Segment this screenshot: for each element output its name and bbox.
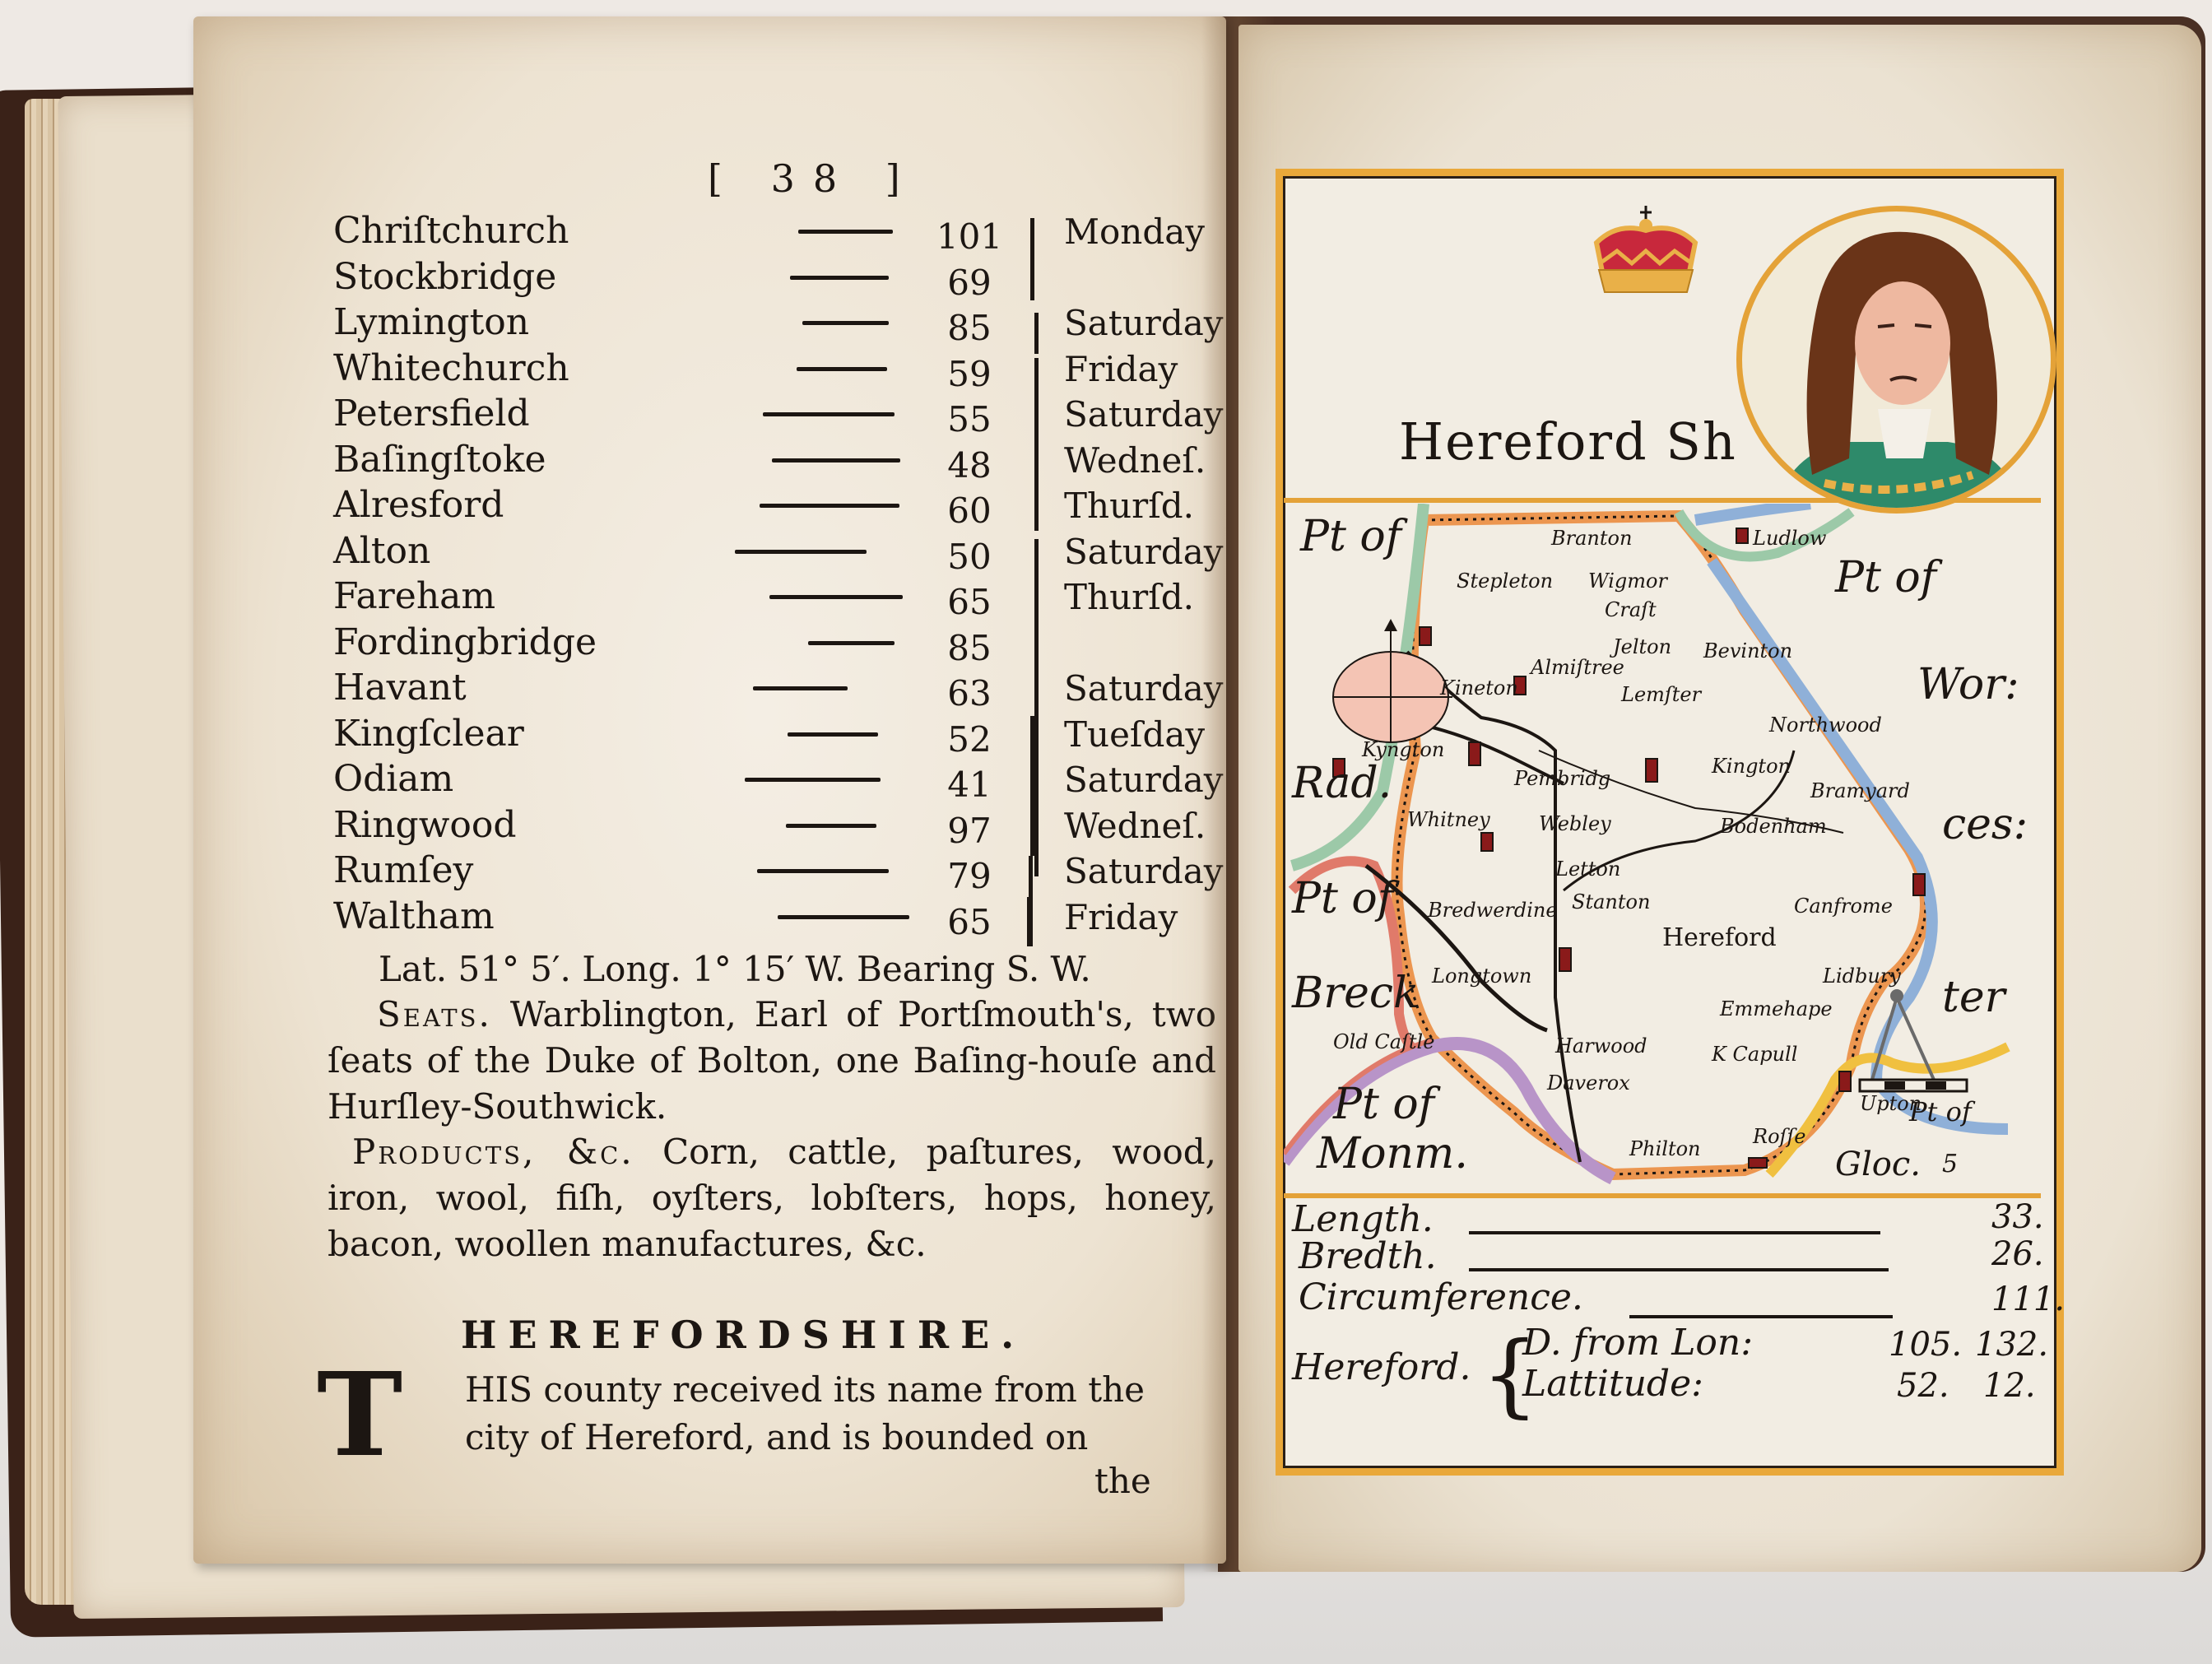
table-row: Baſingſtoke48Wedneſ. — [333, 439, 1247, 485]
table-row: Stockbridge69 — [333, 256, 1247, 302]
town-distance: 55 — [932, 399, 1006, 439]
town-label: Ludlow — [1753, 527, 1826, 550]
town-table: Chriſtchurch101MondayStockbridge69Lyming… — [333, 210, 1247, 941]
market-day: Wedneſ. — [1064, 806, 1206, 846]
town-distance: 50 — [932, 537, 1006, 577]
town-name: Chriſtchurch — [333, 210, 569, 252]
seats-paragraph: Seats. Warblington, Earl of Portſmouth's… — [328, 992, 1216, 1130]
town-label: Letton — [1555, 858, 1620, 881]
market-bracket — [1027, 897, 1031, 946]
table-row: Waltham65Friday — [333, 895, 1247, 941]
town-distance: 97 — [932, 811, 1006, 851]
drop-cap: T — [317, 1358, 402, 1473]
table-row: Rumſey79Saturday — [333, 849, 1247, 895]
portrait-medallion — [1736, 206, 2056, 514]
stat-label: Bredth. — [1299, 1235, 1437, 1277]
page-number: [ 38 ] — [708, 156, 918, 201]
town-label: Daverox — [1547, 1071, 1630, 1095]
town-label: Almiſtree — [1531, 656, 1624, 679]
city-stat-label: D. from Lon: — [1522, 1322, 1753, 1364]
city-stat-value: 105. — [1889, 1326, 1962, 1364]
table-row: Fareham65Thurſd. — [333, 575, 1247, 621]
town-distance: 65 — [932, 902, 1006, 942]
town-label: Northwood — [1769, 713, 1882, 737]
catchword: the — [1094, 1461, 1151, 1501]
leader-dash — [802, 321, 889, 325]
leader-dash — [753, 686, 848, 690]
table-row: Odiam41Saturday — [333, 758, 1247, 804]
town-label: Webley — [1539, 812, 1611, 835]
town-label: Roſſe — [1753, 1125, 1806, 1148]
table-row: Whitechurch59Friday — [333, 347, 1247, 393]
coordinates-line: Lat. 51° 5′. Long. 1° 15′ W. Bearing S. … — [379, 946, 1267, 992]
town-label: Bevinton — [1703, 639, 1792, 662]
region-label: Monm. — [1317, 1129, 1468, 1178]
leader-dash — [790, 276, 889, 280]
town-name: Alresford — [333, 484, 504, 526]
table-row: Alton50Saturday — [333, 530, 1247, 576]
market-day: Saturday — [1064, 760, 1223, 800]
market-day: Thurſd. — [1064, 486, 1194, 526]
market-bracket — [1034, 313, 1039, 354]
leader-dash — [769, 595, 903, 599]
town-label: Harwood — [1555, 1034, 1647, 1057]
town-label: Wigmor — [1588, 569, 1667, 593]
county-stats: Length. 33. Bredth. 26. Circumference. 1… — [1284, 1193, 2041, 1453]
town-label: Lemſter — [1621, 683, 1701, 706]
leader-dash — [763, 412, 895, 416]
region-label: Pt of — [1835, 553, 1936, 602]
market-bracket — [1030, 218, 1034, 300]
leader-dash — [735, 550, 867, 554]
table-row: Lymington85Saturday — [333, 301, 1247, 347]
town-distance: 101 — [932, 216, 1006, 257]
town-name: Ringwood — [333, 804, 517, 846]
leader-dash — [788, 732, 878, 737]
town-label: K Capull — [1712, 1043, 1797, 1066]
leader-line — [1469, 1268, 1889, 1271]
town-label: Stanton — [1572, 890, 1650, 913]
market-bracket — [1034, 539, 1039, 876]
leader-line — [1629, 1315, 1893, 1318]
market-day: Saturday — [1064, 394, 1223, 435]
town-name: Fareham — [333, 575, 495, 617]
town-label: Whitney — [1407, 808, 1490, 831]
town-distance: 59 — [932, 354, 1006, 394]
region-label: Wor: — [1917, 660, 2019, 709]
town-label: Longtown — [1432, 964, 1531, 988]
town-name: Whitechurch — [333, 347, 569, 389]
market-day: Monday — [1064, 211, 1205, 252]
city-stat-value: 132. — [1975, 1326, 2048, 1364]
region-label: ter — [1942, 973, 2005, 1022]
city-stat-value: 52. — [1897, 1367, 1949, 1405]
market-day: Friday — [1064, 897, 1178, 937]
region-label: Rad. — [1292, 759, 1392, 808]
town-label: Philton — [1629, 1137, 1701, 1160]
town-label: Bramyard — [1810, 779, 1910, 802]
intro-paragraph: HIS county received its name from the ci… — [465, 1366, 1210, 1462]
products-label: Products, &c. — [352, 1132, 634, 1172]
market-day: Friday — [1064, 349, 1178, 389]
town-label: Craſt — [1605, 598, 1657, 621]
stat-value: 26. — [1991, 1235, 2044, 1273]
section-heading: HEREFORDSHIRE. — [461, 1313, 1025, 1357]
crown-icon — [1584, 206, 1708, 296]
town-label: Kyngton — [1362, 738, 1444, 761]
town-name: Rumſey — [333, 849, 473, 891]
market-day: Tueſday — [1064, 714, 1205, 755]
town-name: Kingſclear — [333, 713, 524, 755]
town-label: Stepleton — [1457, 569, 1553, 593]
town-label: Bodenham — [1720, 815, 1827, 838]
leader-line — [1469, 1231, 1880, 1234]
stat-value: 33. — [1991, 1198, 2044, 1236]
table-row: Ringwood97Wedneſ. — [333, 804, 1247, 850]
region-label: Pt of — [1300, 512, 1401, 561]
table-row: Fordingbridge85 — [333, 621, 1247, 667]
town-name: Odiam — [333, 758, 453, 800]
leader-dash — [778, 915, 909, 919]
town-distance: 60 — [932, 490, 1006, 531]
table-row: Petersfield55Saturday — [333, 393, 1247, 439]
town-label: Canfrome — [1794, 895, 1893, 918]
region-label: Pt of — [1292, 874, 1393, 923]
town-label: Bredwerdine — [1428, 899, 1558, 922]
leader-dash — [786, 824, 876, 828]
town-label: Pembridg — [1514, 767, 1610, 790]
stat-label: Circumference. — [1299, 1276, 1583, 1318]
town-distance: 41 — [932, 765, 1006, 805]
town-label: Kineton — [1440, 676, 1518, 700]
leader-dash — [808, 641, 895, 645]
leader-dash — [745, 778, 881, 782]
table-row: Kingſclear52Tueſday — [333, 713, 1247, 759]
market-day: Saturday — [1064, 532, 1223, 572]
town-name: Stockbridge — [333, 256, 556, 298]
market-day: Saturday — [1064, 303, 1223, 343]
town-name: Waltham — [333, 895, 495, 937]
table-row: Havant63Saturday — [333, 667, 1247, 713]
region-label: Breck — [1292, 969, 1419, 1018]
scale-label: 5 — [1942, 1150, 1958, 1178]
town-distance: 85 — [932, 628, 1006, 668]
town-distance: 79 — [932, 856, 1006, 896]
town-distance: 63 — [932, 673, 1006, 713]
seats-label: Seats. — [377, 994, 492, 1034]
town-name: Fordingbridge — [333, 621, 597, 663]
town-name: Petersfield — [333, 393, 530, 435]
town-label: Upton — [1860, 1092, 1922, 1115]
city-stat-value: 12. — [1983, 1367, 2036, 1405]
leader-dash — [772, 458, 900, 462]
town-name: Alton — [333, 530, 430, 572]
market-day: Thurſd. — [1064, 577, 1194, 617]
town-label: Old Caſtle — [1333, 1030, 1434, 1053]
stat-value: 111. — [1991, 1281, 2065, 1318]
region-label: Pt of — [1333, 1080, 1434, 1129]
king-portrait-icon — [1742, 211, 2051, 508]
table-row: Chriſtchurch101Monday — [333, 210, 1247, 256]
table-row: Alresford60Thurſd. — [333, 484, 1247, 530]
town-label: Jelton — [1613, 635, 1671, 658]
town-distance: 48 — [932, 445, 1006, 486]
leader-dash — [798, 230, 893, 234]
market-day: Wedneſ. — [1064, 440, 1206, 481]
city-label: Hereford. — [1292, 1346, 1471, 1388]
county-map: Pt of Rad. Pt of Wor: ces: ter Pt of Bre… — [1284, 504, 2041, 1187]
leader-dash — [760, 504, 899, 508]
town-name: Havant — [333, 667, 467, 709]
town-distance: 85 — [932, 308, 1006, 348]
leader-dash — [797, 367, 887, 371]
market-bracket — [1030, 716, 1034, 856]
market-day: Saturday — [1064, 668, 1223, 709]
town-distance: 65 — [932, 582, 1006, 622]
town-name: Baſingſtoke — [333, 439, 546, 481]
town-distance: 52 — [932, 719, 1006, 760]
town-label: Branton — [1551, 527, 1632, 550]
town-label: Emmehape — [1720, 997, 1833, 1020]
region-label: ces: — [1942, 800, 2028, 849]
market-bracket — [1034, 358, 1039, 531]
market-day: Saturday — [1064, 851, 1223, 891]
products-paragraph: Products, &c. Corn, cattle, paſtures, wo… — [328, 1129, 1216, 1267]
region-label: Gloc. — [1835, 1146, 1921, 1183]
town-label: Kington — [1712, 755, 1791, 778]
leader-dash — [757, 869, 889, 873]
town-label: Hereford — [1662, 923, 1777, 952]
city-stat-label: Lattitude: — [1522, 1363, 1703, 1405]
town-name: Lymington — [333, 301, 529, 343]
map-title: Hereford Sh — [1399, 411, 1737, 472]
town-label: Lidbury — [1823, 964, 1901, 988]
stat-label: Length. — [1292, 1198, 1434, 1240]
town-distance: 69 — [932, 263, 1006, 303]
